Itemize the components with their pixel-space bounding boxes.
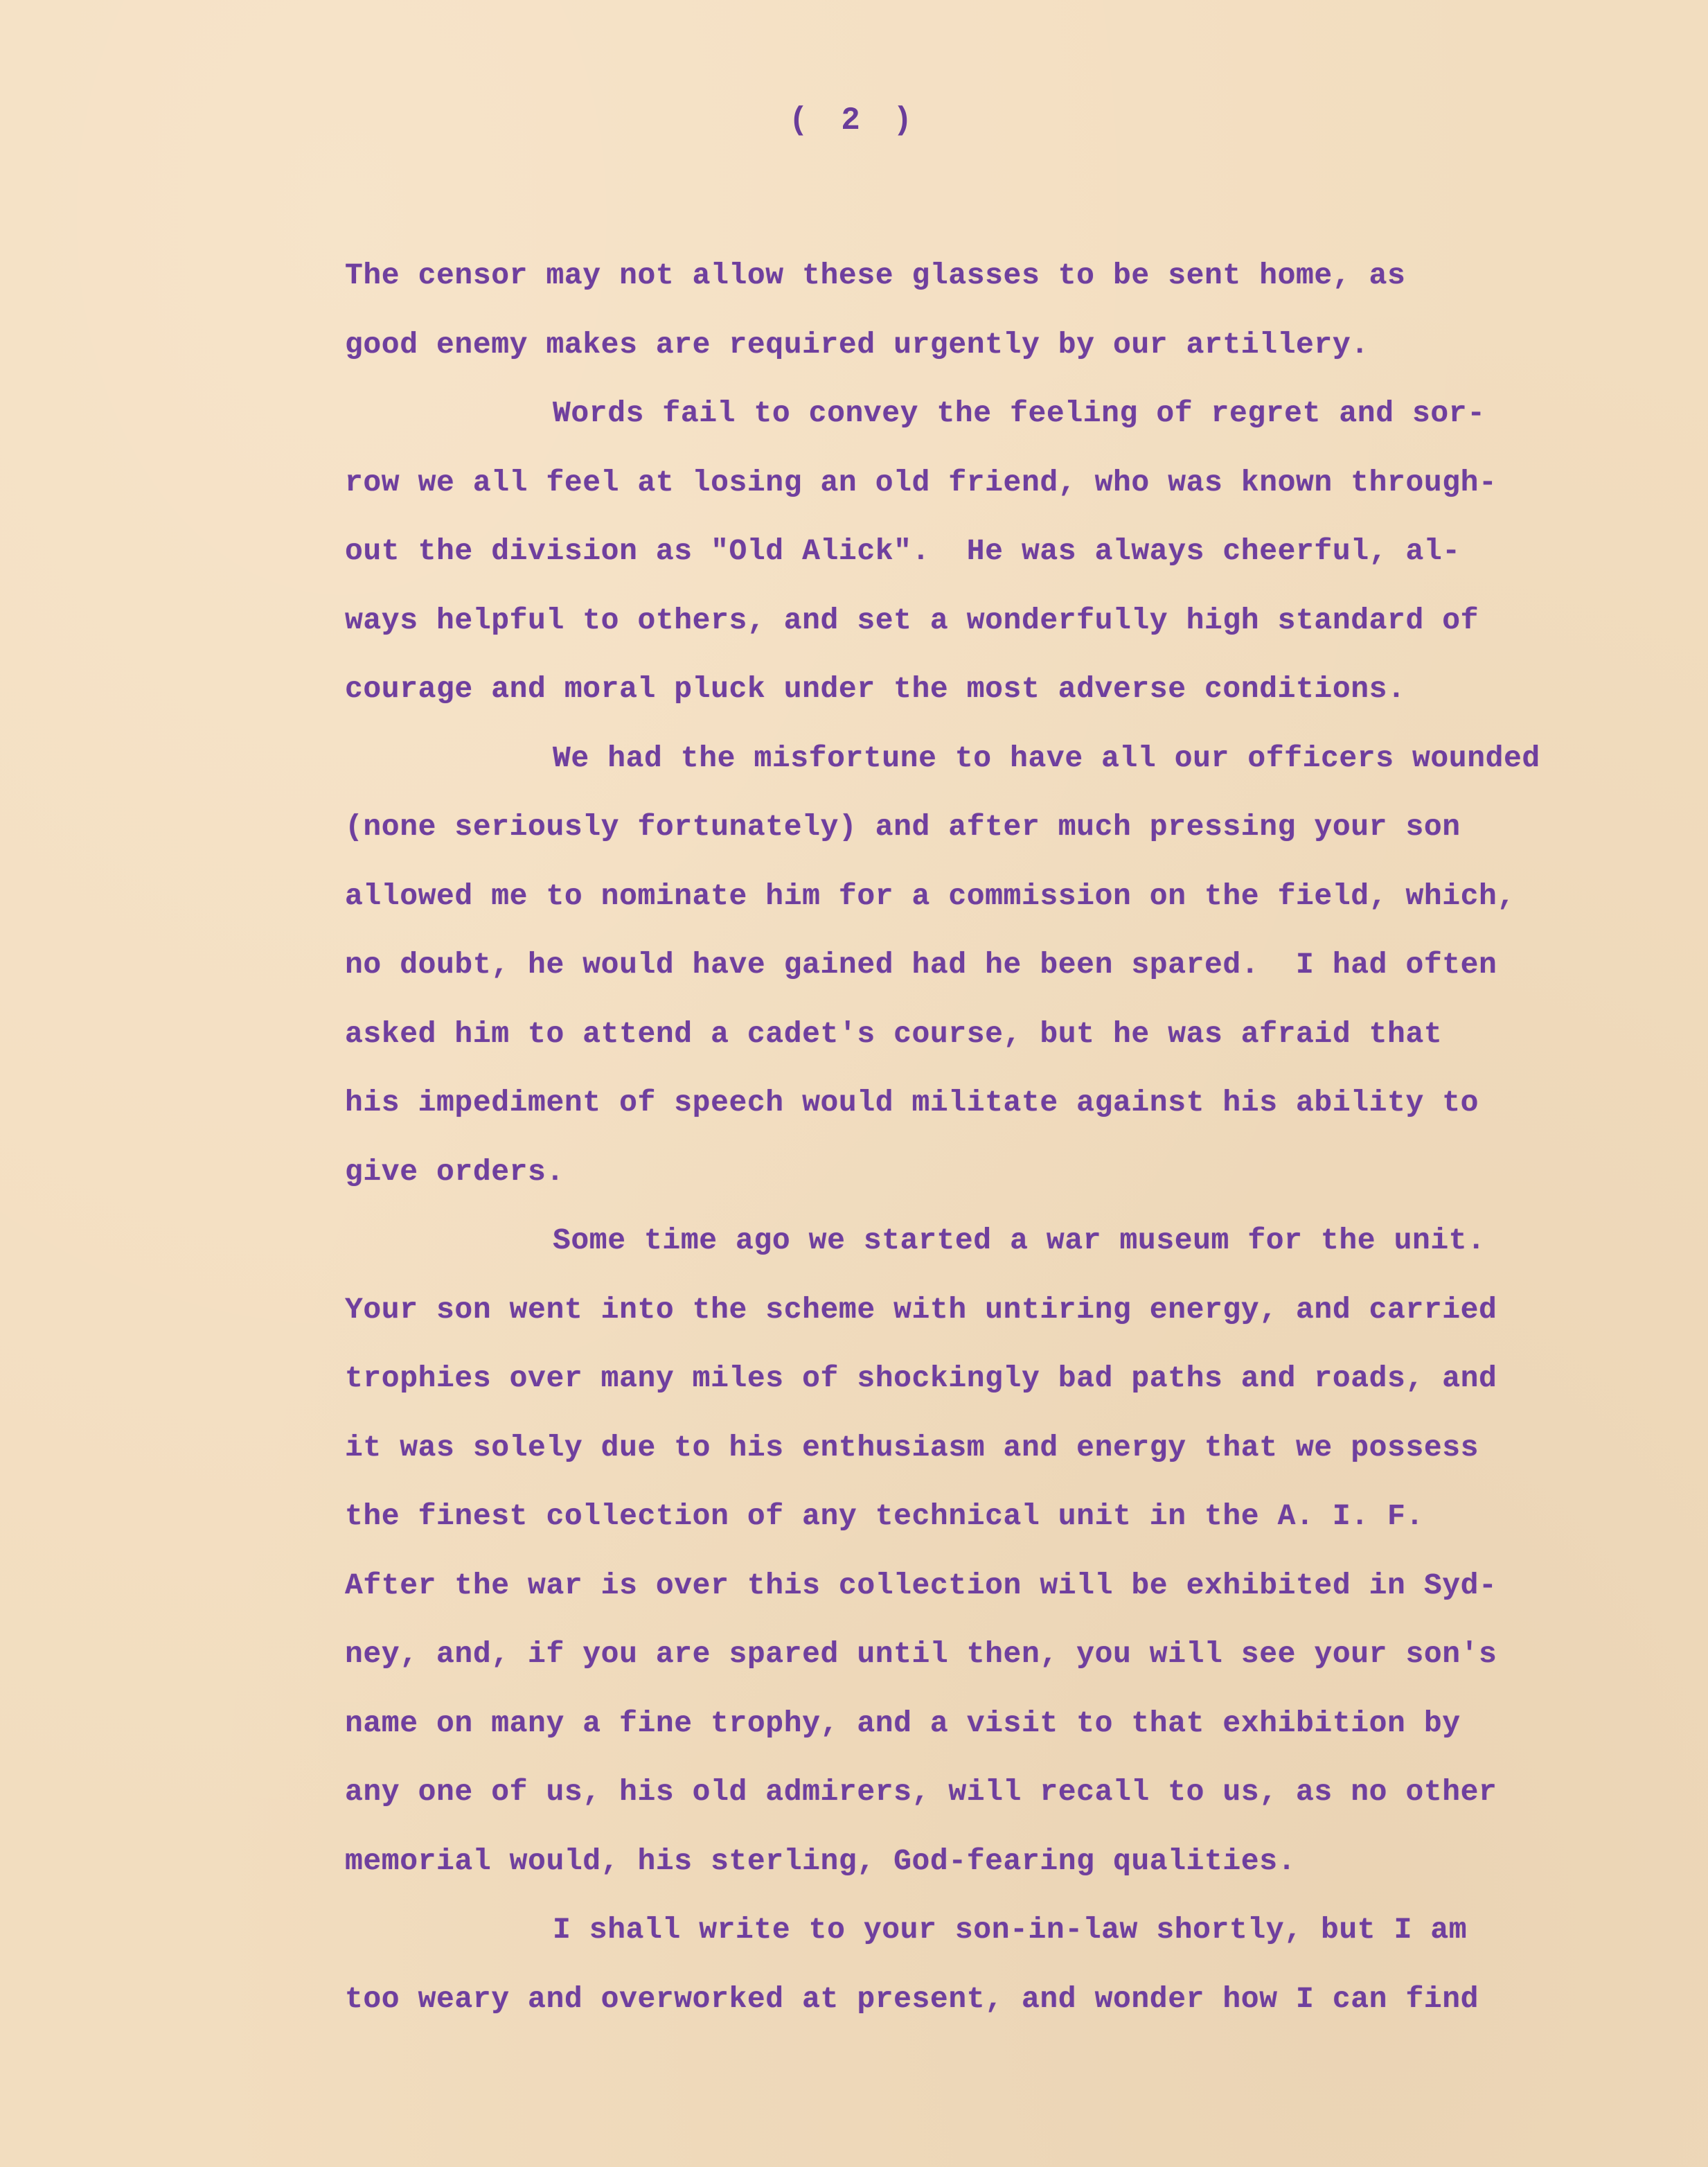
page-number: ( 2 ) — [0, 103, 1708, 139]
letter-page: ( 2 ) The censor may not allow these gla… — [0, 0, 1708, 2167]
text-line: row we all feel at losing an old friend,… — [345, 448, 1682, 518]
text-line: The censor may not allow these glasses t… — [345, 241, 1682, 310]
text-line: his impediment of speech would militate … — [345, 1068, 1682, 1138]
text-line: name on many a fine trophy, and a visit … — [345, 1689, 1682, 1758]
text-line: Your son went into the scheme with untir… — [345, 1275, 1682, 1345]
text-line: After the war is over this collection wi… — [345, 1551, 1682, 1620]
paragraph-start-line: I shall write to your son-in-law shortly… — [345, 1895, 1682, 1965]
text-line: ney, and, if you are spared until then, … — [345, 1620, 1682, 1689]
text-line: it was solely due to his enthusiasm and … — [345, 1413, 1682, 1483]
text-line: good enemy makes are required urgently b… — [345, 310, 1682, 380]
text-line: too weary and overworked at present, and… — [345, 1965, 1682, 2034]
text-line: give orders. — [345, 1138, 1682, 1207]
text-line: any one of us, his old admirers, will re… — [345, 1758, 1682, 1827]
text-line: ways helpful to others, and set a wonder… — [345, 586, 1682, 655]
text-line: trophies over many miles of shockingly b… — [345, 1344, 1682, 1413]
paragraph-start-line: We had the misfortune to have all our of… — [345, 724, 1682, 793]
text-line: out the division as "Old Alick". He was … — [345, 517, 1682, 586]
text-line: courage and moral pluck under the most a… — [345, 655, 1682, 724]
text-line: the finest collection of any technical u… — [345, 1482, 1682, 1551]
text-line: memorial would, his sterling, God-fearin… — [345, 1827, 1682, 1896]
text-line: no doubt, he would have gained had he be… — [345, 930, 1682, 1000]
paragraph-start-line: Some time ago we started a war museum fo… — [345, 1206, 1682, 1275]
text-line: allowed me to nominate him for a commiss… — [345, 862, 1682, 931]
text-line: asked him to attend a cadet's course, bu… — [345, 1000, 1682, 1069]
letter-body: The censor may not allow these glasses t… — [345, 241, 1682, 2033]
paragraph-start-line: Words fail to convey the feeling of regr… — [345, 379, 1682, 448]
text-line: (none seriously fortunately) and after m… — [345, 793, 1682, 862]
